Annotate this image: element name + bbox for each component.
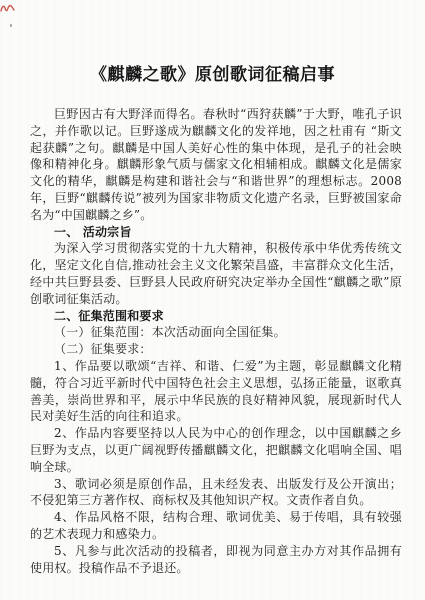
document-title: 《麒麟之歌》原创歌词征稿启事 xyxy=(0,0,425,88)
intro-paragraph: 巨野因古有大野泽而得名。春秋时“西狩获麟”于大野，唯孔子识之，并作歌以记。巨野遂… xyxy=(30,106,402,224)
scan-speck xyxy=(10,24,12,27)
requirement-item-3: 3、歌词必须是原创作品，且未经发表、出版发行及公开演出；不侵犯第三方著作权、商标… xyxy=(30,476,402,510)
document-body: 巨野因古有大野泽而得名。春秋时“西狩获麟”于大野，唯孔子识之，并作歌以记。巨野遂… xyxy=(30,106,402,576)
requirement-item-4: 4、作品风格不限，结构合理、歌词优美、易于传唱，具有较强的艺术表现力和感染力。 xyxy=(30,509,402,543)
requirement-item-1: 1、作品要以歌颂“吉祥、和谐、仁爱”为主题，彰显麒麟文化精髓，符合习近平新时代中… xyxy=(30,358,402,425)
purpose-paragraph: 为深入学习贯彻落实党的十九大精神，积极传承中华优秀传统文化，坚定文化自信,推动社… xyxy=(30,240,402,307)
requirement-item-2: 2、作品内容要坚持以人民为中心的创作理念，以中国麒麟之乡巨野为支点，以更广阔视野… xyxy=(30,425,402,475)
red-pen-scribble-icon xyxy=(0,3,16,14)
section-heading-1: 一、 活动宗旨 xyxy=(30,224,402,241)
requirements-label: （二）征集要求： xyxy=(30,341,402,358)
section-heading-2: 二、征集范围和要求 xyxy=(30,308,402,325)
scope-paragraph: （一）征集范围：本次活动面向全国征集。 xyxy=(30,324,402,341)
requirement-item-5: 5、凡参与此次活动的投稿者，即视为同意主办方对其作品拥有使用权。投稿作品不予退还… xyxy=(30,543,402,577)
scanned-document-page: 《麒麟之歌》原创歌词征稿启事 巨野因古有大野泽而得名。春秋时“西狩获麟”于大野，… xyxy=(0,0,425,600)
